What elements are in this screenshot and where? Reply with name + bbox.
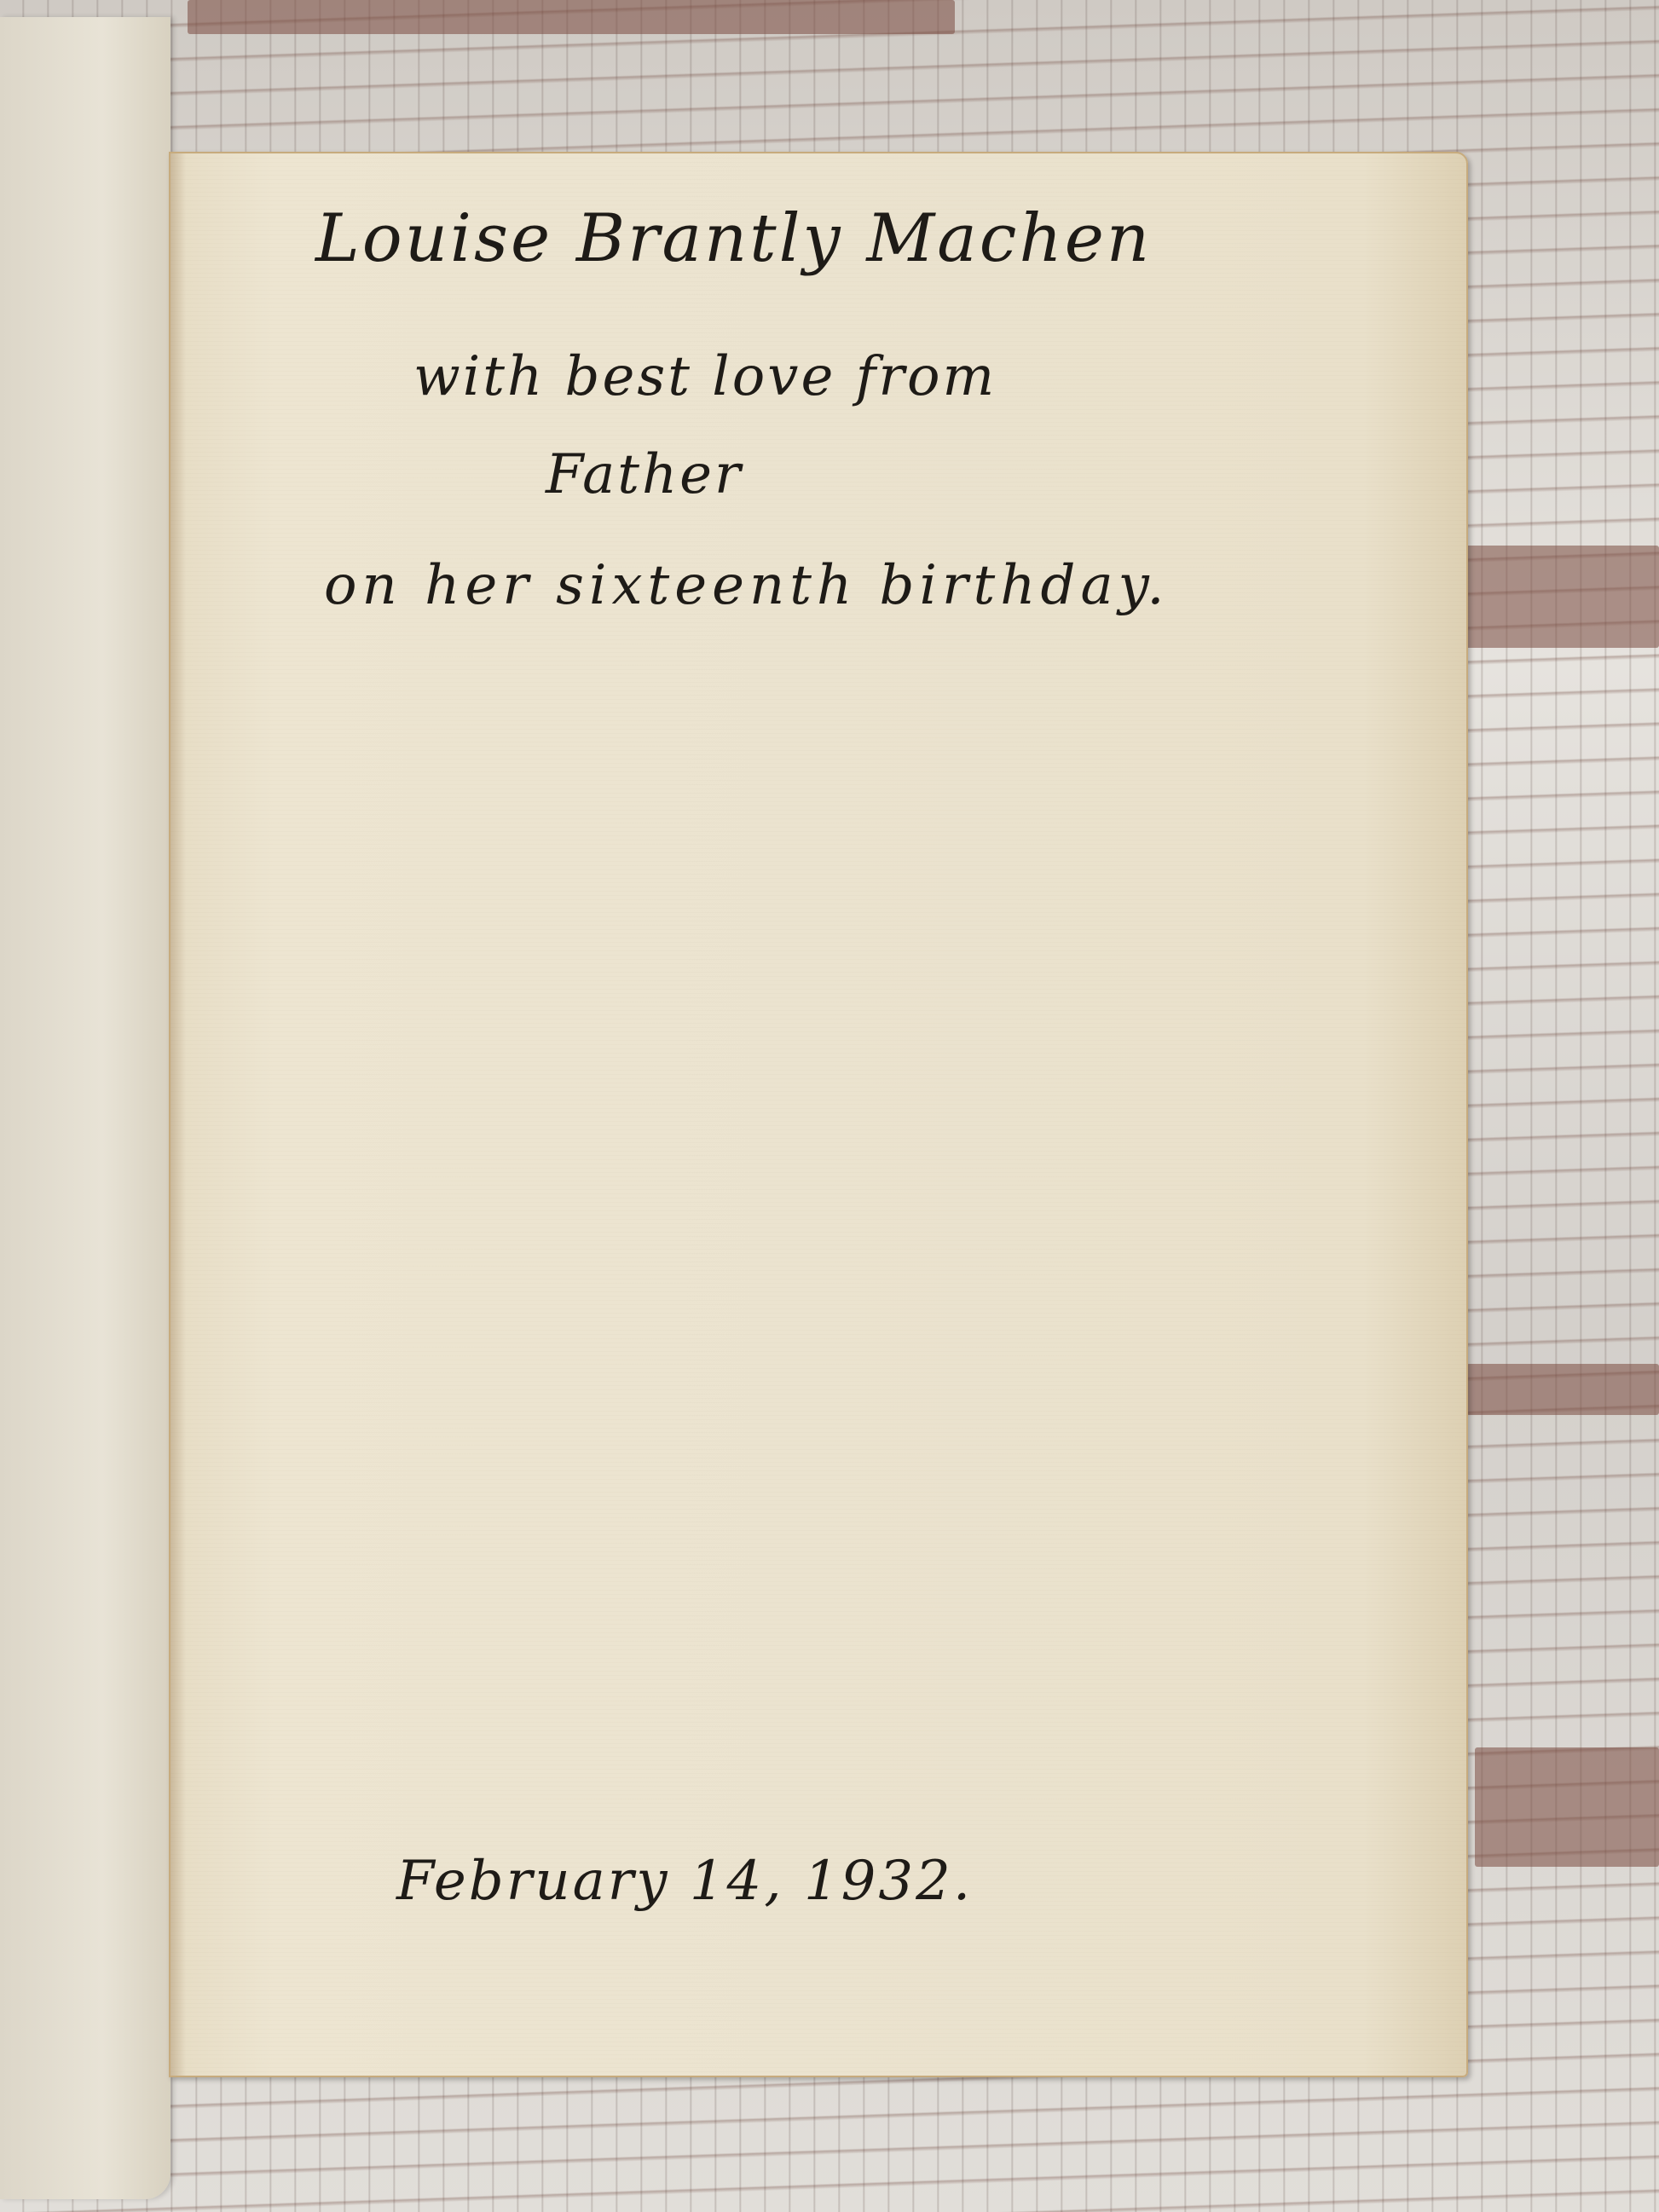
inscription-recipient: Louise Brantly Machen [315,200,1152,277]
wood-grain-patch [1449,546,1659,648]
wood-grain-patch [1475,1747,1659,1867]
wood-grain-patch [1466,1364,1659,1415]
inscription-date: February 14, 1932. [396,1850,973,1913]
page-gutter-shadow [171,153,186,2076]
inscription-signature: Father [546,443,743,506]
wood-grain-patch [188,0,955,34]
inscription-line-with-best-love: with best love from [413,345,997,408]
inscription-page: Louise Brantly Machen with best love fro… [169,152,1468,2077]
inscription-occasion: on her sixteenth birthday. [324,554,1170,617]
left-page [0,17,171,2199]
